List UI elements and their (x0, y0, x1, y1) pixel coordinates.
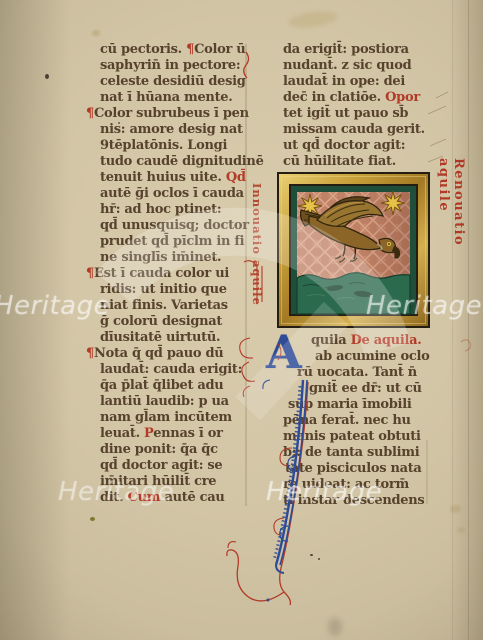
watermark-text: Heritage (366, 291, 482, 321)
watermark-text: Heritage (0, 291, 110, 321)
manuscript-page: cū pectoris. ¶Color ūsaphyrin̄ in pector… (0, 0, 483, 640)
watermark-text: Heritage (58, 477, 174, 507)
watermark-text: Heritage (266, 477, 382, 507)
